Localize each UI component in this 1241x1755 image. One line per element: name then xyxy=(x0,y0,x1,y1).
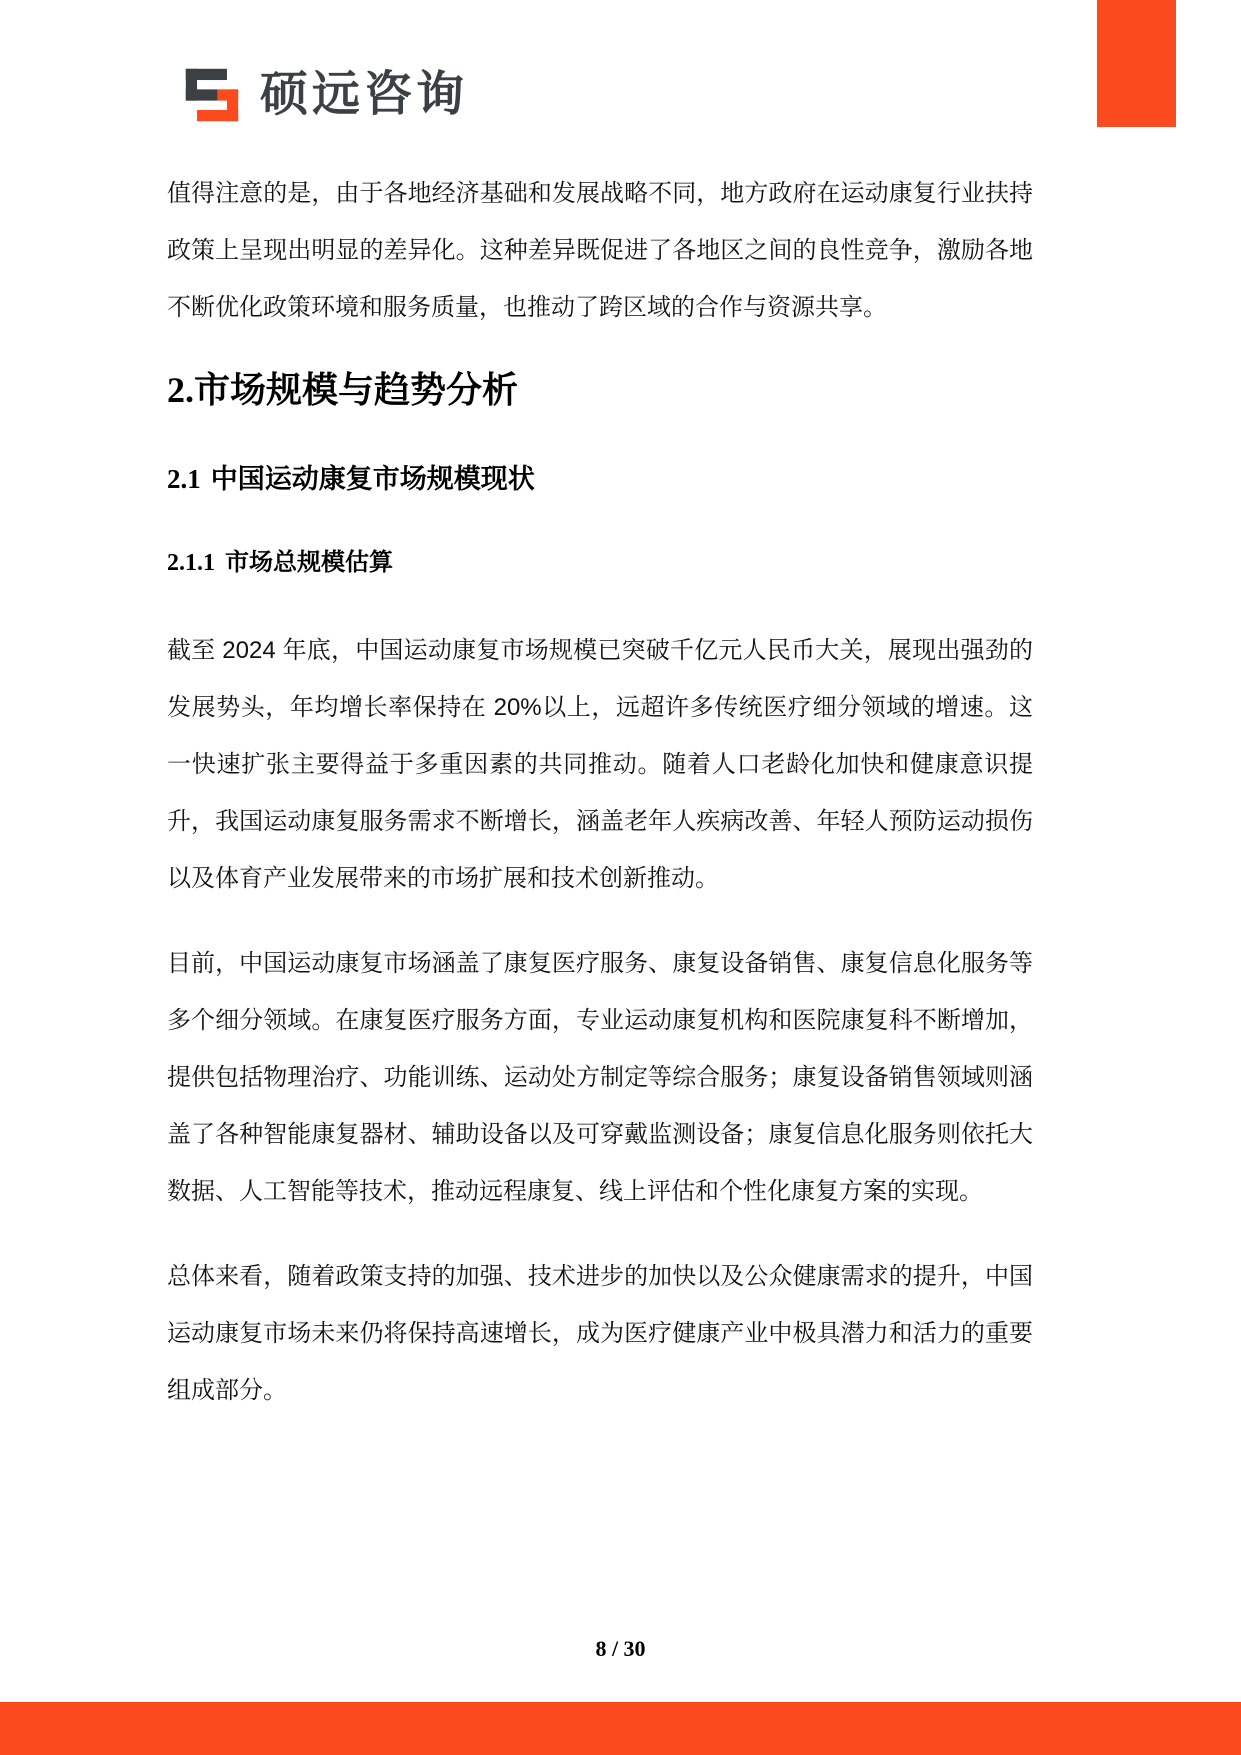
brand-logo-icon xyxy=(182,66,242,124)
subsubsection-number: 2.1.1 xyxy=(167,550,215,576)
subsubsection-heading: 2.1.1市场总规模估算 xyxy=(167,547,1033,579)
subsection-number: 2.1 xyxy=(167,464,201,494)
section-number: 2. xyxy=(167,370,194,410)
footer-accent-bar xyxy=(0,1702,1241,1755)
subsection-heading: 2.1中国运动康复市场规模现状 xyxy=(167,462,1033,497)
body-paragraph: 截至 2024 年底，中国运动康复市场规模已突破千亿元人民币大关，展现出强劲的发… xyxy=(167,622,1033,907)
subsubsection-title: 市场总规模估算 xyxy=(225,549,393,576)
document-body: 值得注意的是，由于各地经济基础和发展战略不同，地方政府在运动康复行业扶持政策上呈… xyxy=(167,165,1033,1419)
body-paragraph: 目前，中国运动康复市场涵盖了康复医疗服务、康复设备销售、康复信息化服务等多个细分… xyxy=(167,935,1033,1220)
body-paragraph: 总体来看，随着政策支持的加强、技术进步的加快以及公众健康需求的提升，中国运动康复… xyxy=(167,1248,1033,1419)
corner-accent-block xyxy=(1097,0,1176,127)
brand-logo: 硕远咨询 xyxy=(182,66,468,124)
intro-paragraph: 值得注意的是，由于各地经济基础和发展战略不同，地方政府在运动康复行业扶持政策上呈… xyxy=(167,165,1033,336)
report-page: 硕远咨询 值得注意的是，由于各地经济基础和发展战略不同，地方政府在运动康复行业扶… xyxy=(0,0,1241,1755)
page-number: 8 / 30 xyxy=(0,1634,1241,1664)
section-title: 市场规模与趋势分析 xyxy=(194,369,518,410)
brand-logo-text: 硕远咨询 xyxy=(260,71,468,119)
subsection-title: 中国运动康复市场规模现状 xyxy=(211,464,535,494)
section-heading: 2.市场规模与趋势分析 xyxy=(167,366,1033,414)
